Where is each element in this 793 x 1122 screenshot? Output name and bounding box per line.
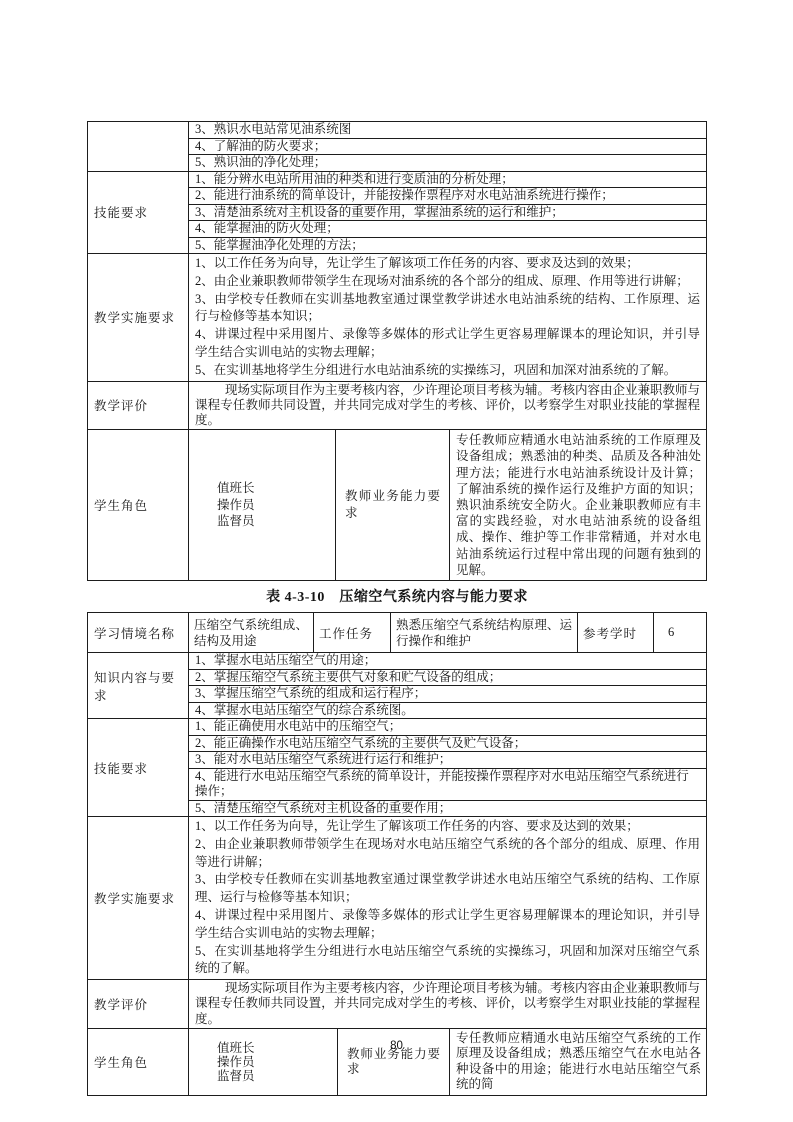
header-task-label: 工作任务 xyxy=(314,613,391,652)
paragraph: 1、以工作任务为向导，先让学生了解该项工作任务的内容、要求及达到的效果； xyxy=(195,255,700,273)
table-row: 1、掌握水电站压缩空气的用途； xyxy=(189,653,706,670)
paragraph: 5、在实训基地将学生分组进行水电站油系统的实操练习，巩固和加深对油系统的了解。 xyxy=(195,362,700,380)
table-row: 2、能正确操作水电站压缩空气系统的主要供气及贮气设备； xyxy=(189,736,706,753)
evaluation-section: 教学评价 现场实际项目作为主要考核内容，少许理论项目考核为辅。考核内容由企业兼职… xyxy=(88,980,706,1029)
implementation-text: 1、以工作任务为向导，先让学生了解该项工作任务的内容、要求及达到的效果； 2、由… xyxy=(189,817,706,979)
table-row: 5、能掌握油净化处理的方法； xyxy=(189,238,706,254)
role-item: 操作员 xyxy=(217,1055,333,1069)
teacher-requirement-text: 专任教师应精通水电站压缩空气系统的工作原理及设备组成；熟悉压缩空气在水电站各种设… xyxy=(450,1029,706,1095)
section-label: 教学评价 xyxy=(88,980,189,1028)
paragraph: 1、以工作任务为向导，先让学生了解该项工作任务的内容、要求及达到的效果； xyxy=(195,818,700,836)
section-label: 教学实施要求 xyxy=(88,254,189,381)
implementation-section: 教学实施要求 1、以工作任务为向导，先让学生了解该项工作任务的内容、要求及达到的… xyxy=(88,254,706,382)
student-roles-list: 值班长 操作员 监督员 xyxy=(189,430,336,580)
table-row: 3、能对水电站压缩空气系统进行运行和维护； xyxy=(189,752,706,769)
teacher-requirement-text: 专任教师应精通水电站油系统的工作原理及设备组成；熟悉油的种类、品质及各种油处理方… xyxy=(450,430,706,580)
header-situation-value: 压缩空气系统组成、结构及用途 xyxy=(189,613,314,652)
paragraph: 5、在实训基地将学生分组进行水电站压缩空气系统的实操练习，巩固和加深对压缩空气系… xyxy=(195,943,700,979)
table-row: 3、清楚油系统对主机设备的重要作用，掌握油系统的运行和维护； xyxy=(189,205,706,222)
skills-rows: 1、能正确使用水电站中的压缩空气； 2、能正确操作水电站压缩空气系统的主要供气及… xyxy=(189,719,706,816)
page-content: 3、熟识水电站常见油系统图 4、了解油的防火要求； 5、熟识油的净化处理； 技能… xyxy=(87,121,707,1096)
skills-section: 技能要求 1、能正确使用水电站中的压缩空气； 2、能正确操作水电站压缩空气系统的… xyxy=(88,719,706,817)
header-task-value: 熟悉压缩空气系统结构原理、运行操作和维护 xyxy=(391,613,578,652)
student-roles-section: 学生角色 值班长 操作员 监督员 教师业务能力要求 专任教师应精通水电站压缩空气… xyxy=(88,1029,706,1095)
paragraph: 3、由学校专任教师在实训基地教室通过课堂教学讲述水电站油系统的结构、工作原理、运… xyxy=(195,291,700,327)
oil-system-table: 3、熟识水电站常见油系统图 4、了解油的防火要求； 5、熟识油的净化处理； 技能… xyxy=(87,121,707,581)
section-label: 教学评价 xyxy=(88,382,189,430)
student-roles-list: 值班长 操作员 监督员 xyxy=(189,1029,338,1095)
table-row: 3、熟识水电站常见油系统图 xyxy=(189,122,706,139)
document-page: 3、熟识水电站常见油系统图 4、了解油的防火要求； 5、熟识油的净化处理； 技能… xyxy=(0,0,793,1122)
header-situation-label: 学习情境名称 xyxy=(88,613,189,652)
role-item: 值班长 xyxy=(217,480,331,497)
skills-section: 技能要求 1、能分辨水电站所用油的种类和进行变质油的分析处理； 2、能进行油系统… xyxy=(88,172,706,255)
paragraph: 现场实际项目作为主要考核内容，少许理论项目考核为辅。考核内容由企业兼职教师与课程… xyxy=(195,383,700,429)
table-row: 3、掌握压缩空气系统的组成和运行程序； xyxy=(189,686,706,703)
table-row: 2、掌握压缩空气系统主要供气对象和贮气设备的组成； xyxy=(189,670,706,687)
role-item: 操作员 xyxy=(217,497,331,514)
paragraph: 4、讲课过程中采用图片、录像等多媒体的形式让学生更容易理解课本的理论知识，并引导… xyxy=(195,326,700,362)
teacher-requirement-label: 教师业务能力要求 xyxy=(336,430,450,580)
table-row: 4、能进行水电站压缩空气系统的简单设计，并能按操作票程序对水电站压缩空气系统进行… xyxy=(189,769,706,801)
student-roles-section: 学生角色 值班长 操作员 监督员 教师业务能力要求 专任教师应精通水电站油系统的… xyxy=(88,430,706,580)
evaluation-section: 教学评价 现场实际项目作为主要考核内容，少许理论项目考核为辅。考核内容由企业兼职… xyxy=(88,382,706,431)
compressed-air-table: 学习情境名称 压缩空气系统组成、结构及用途 工作任务 熟悉压缩空气系统结构原理、… xyxy=(87,612,707,1096)
header-hours-value: 6 xyxy=(654,613,706,652)
paragraph: 2、由企业兼职教师带领学生在现场对水电站压缩空气系统的各个部分的组成、原理、作用… xyxy=(195,836,700,872)
section-label: 技能要求 xyxy=(88,719,189,816)
skills-rows: 1、能分辨水电站所用油的种类和进行变质油的分析处理； 2、能进行油系统的简单设计… xyxy=(189,172,706,254)
implementation-text: 1、以工作任务为向导，先让学生了解该项工作任务的内容、要求及达到的效果； 2、由… xyxy=(189,254,706,381)
table-row: 5、清楚压缩空气系统对主机设备的重要作用； xyxy=(189,801,706,817)
evaluation-text: 现场实际项目作为主要考核内容，少许理论项目考核为辅。考核内容由企业兼职教师与课程… xyxy=(189,980,706,1028)
table-row: 1、能正确使用水电站中的压缩空气； xyxy=(189,719,706,736)
knowledge-section: 知识内容与要求 1、掌握水电站压缩空气的用途； 2、掌握压缩空气系统主要供气对象… xyxy=(88,653,706,719)
page-number: 80 xyxy=(0,1040,793,1052)
table-row: 4、能掌握油的防火处理； xyxy=(189,221,706,238)
table-row: 4、了解油的防火要求； xyxy=(189,139,706,156)
table-row: 1、能分辨水电站所用油的种类和进行变质油的分析处理； xyxy=(189,172,706,189)
paragraph: 4、讲课过程中采用图片、录像等多媒体的形式让学生更容易理解课本的理论知识，并引导… xyxy=(195,907,700,943)
evaluation-text: 现场实际项目作为主要考核内容，少许理论项目考核为辅。考核内容由企业兼职教师与课程… xyxy=(189,382,706,430)
table-header-row: 学习情境名称 压缩空气系统组成、结构及用途 工作任务 熟悉压缩空气系统结构原理、… xyxy=(88,613,706,653)
paragraph: 2、由企业兼职教师带领学生在现场对油系统的各个部分的组成、原理、作用等进行讲解； xyxy=(195,273,700,291)
section-label: 教学实施要求 xyxy=(88,817,189,979)
section-label-empty xyxy=(88,122,189,171)
teacher-requirement-label: 教师业务能力要求 xyxy=(338,1029,450,1095)
section-label: 知识内容与要求 xyxy=(88,653,189,718)
table-row: 5、熟识油的净化处理； xyxy=(189,155,706,171)
table-row: 4、掌握水电站压缩空气的综合系统图。 xyxy=(189,703,706,719)
table-caption: 表 4-3-10 压缩空气系统内容与能力要求 xyxy=(87,586,707,606)
paragraph: 现场实际项目作为主要考核内容，少许理论项目考核为辅。考核内容由企业兼职教师与课程… xyxy=(195,981,700,1027)
section-label: 学生角色 xyxy=(88,430,189,580)
table-row: 2、能进行油系统的简单设计，并能按操作票程序对水电站油系统进行操作； xyxy=(189,188,706,205)
header-hours-label: 参考学时 xyxy=(578,613,654,652)
knowledge-continued-rows: 3、熟识水电站常见油系统图 4、了解油的防火要求； 5、熟识油的净化处理； xyxy=(189,122,706,171)
knowledge-rows: 1、掌握水电站压缩空气的用途； 2、掌握压缩空气系统主要供气对象和贮气设备的组成… xyxy=(189,653,706,718)
section-label: 学生角色 xyxy=(88,1029,189,1095)
knowledge-continued-section: 3、熟识水电站常见油系统图 4、了解油的防火要求； 5、熟识油的净化处理； xyxy=(88,122,706,172)
role-item: 监督员 xyxy=(217,513,331,530)
paragraph: 3、由学校专任教师在实训基地教室通过课堂教学讲述水电站压缩空气系统的结构、工作原… xyxy=(195,871,700,907)
role-item: 监督员 xyxy=(217,1069,333,1083)
section-label: 技能要求 xyxy=(88,172,189,254)
implementation-section: 教学实施要求 1、以工作任务为向导，先让学生了解该项工作任务的内容、要求及达到的… xyxy=(88,817,706,980)
